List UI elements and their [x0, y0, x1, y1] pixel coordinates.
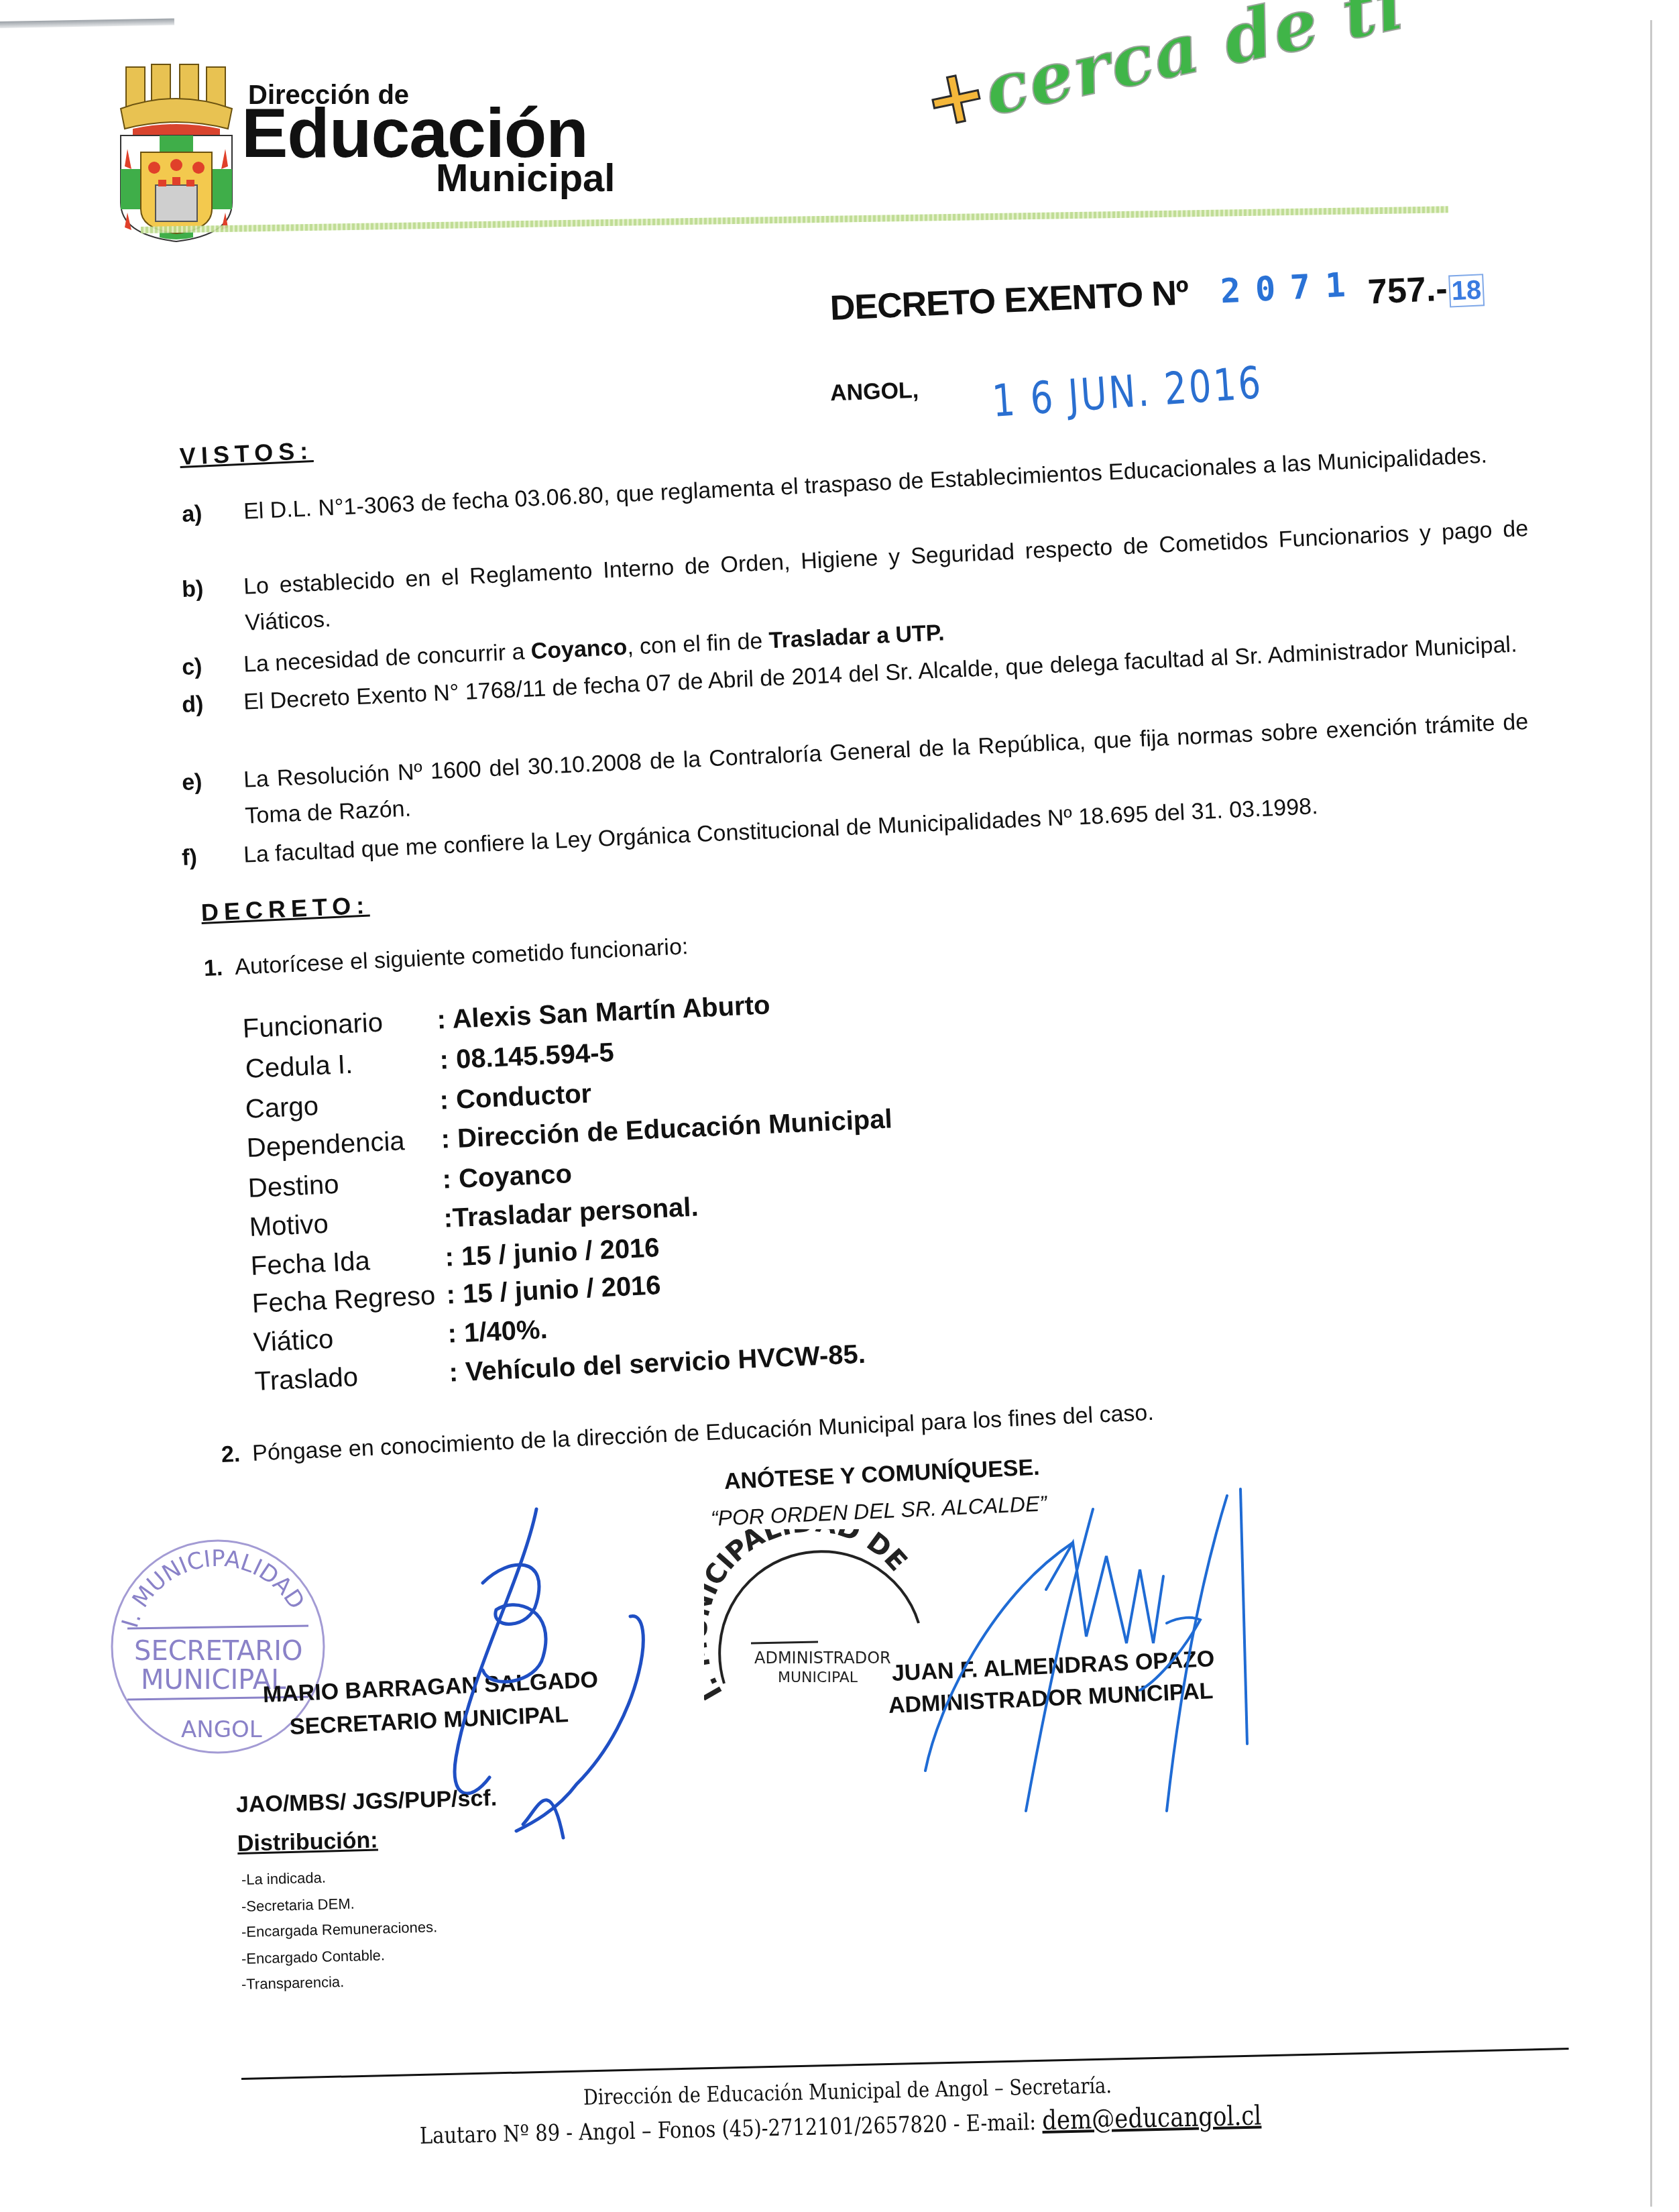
- distribution-item: -Encargado Contable.: [241, 1946, 386, 1968]
- footer-contact: Lautaro Nº 89 - Angol – Fonos (45)-27121…: [419, 2101, 1261, 2150]
- distribution-item: -Encargada Remuneraciones.: [241, 1918, 438, 1941]
- svg-text:MUNICIPAL: MUNICIPAL: [778, 1669, 858, 1686]
- scan-edge: [1650, 20, 1652, 2207]
- date-stamp: 1 6 JUN. 2016: [990, 357, 1264, 427]
- field-funcionario: Funcionario: Alexis San Martín Aburto: [242, 990, 770, 1044]
- stamp-number: 2071: [1220, 265, 1361, 311]
- left-signatory-title: SECRETARIO MUNICIPAL: [289, 1702, 569, 1740]
- brand-line-3: Municipal: [436, 156, 615, 201]
- footer-divider: [241, 2048, 1569, 2080]
- visto-text: El D.L. N°1-3063 de fecha 03.06.80, que …: [243, 435, 1529, 530]
- visto-letter: e): [181, 764, 203, 801]
- field-cedula: Cedula I.: 08.145.594-5: [245, 1038, 615, 1085]
- footer-email-link[interactable]: dem@educangol.cl: [1042, 2101, 1262, 2136]
- field-viatico: Viático: 1/40%.: [253, 1315, 548, 1358]
- vistos-heading: VISTOS:: [179, 437, 314, 471]
- distribution-item: -La indicada.: [241, 1869, 327, 1889]
- distribution-item: -Transparencia.: [241, 1973, 345, 1993]
- distribution-heading: Distribución:: [237, 1828, 378, 1857]
- closing-order: “POR ORDEN DEL SR. ALCALDE”: [710, 1491, 1047, 1531]
- slogan-text: cerca de ti: [978, 0, 1412, 131]
- decree-number: 757.-18: [1367, 267, 1485, 312]
- footer-address: Lautaro Nº 89 - Angol – Fonos (45)-27121…: [420, 2109, 1043, 2150]
- field-destino: Destino: Coyanco: [247, 1159, 573, 1204]
- distribution-item: -Secretaria DEM.: [241, 1895, 355, 1916]
- administrator-seal-icon: I. MUNICIPALIDAD DE A ADMINISTRADOR MUNI…: [704, 1529, 932, 1757]
- header-divider: [141, 206, 1448, 233]
- typed-number: 757.-: [1367, 270, 1448, 312]
- decree-document: Dirección de Educación Municipal +cerca …: [0, 0, 1679, 2212]
- visto-letter: b): [181, 571, 205, 608]
- ink-suffix: 18: [1448, 274, 1485, 307]
- decree-title: DECRETO EXENTO Nº: [829, 273, 1190, 329]
- visto-letter: d): [181, 686, 205, 723]
- decreto-item-1: 1.Autorícese el siguiente cometido funci…: [203, 934, 689, 982]
- svg-text:I. MUNICIPALIDAD: I. MUNICIPALIDAD: [117, 1545, 310, 1631]
- visto-letter: a): [181, 496, 203, 533]
- footer-office: Dirección de Educación Municipal de Ango…: [583, 2072, 1112, 2110]
- slogan: +cerca de ti: [917, 0, 1412, 146]
- visto-item: a) El D.L. N°1-3063 de fecha 03.06.80, q…: [181, 435, 1529, 533]
- item-text: Autorícese el siguiente cometido funcion…: [234, 934, 689, 980]
- svg-text:ADMINISTRADOR: ADMINISTRADOR: [754, 1649, 891, 1667]
- reference-initials: JAO/MBS/ JGS/PUP/scf.: [235, 1785, 497, 1818]
- decreto-heading: DECRETO:: [200, 891, 370, 927]
- visto-letter: f): [181, 839, 198, 876]
- closing-line: ANÓTESE Y COMUNÍQUESE.: [723, 1455, 1040, 1495]
- field-cargo: Cargo: Conductor: [245, 1079, 592, 1125]
- visto-letter: c): [181, 649, 203, 685]
- svg-text:SECRETARIO: SECRETARIO: [134, 1636, 302, 1667]
- scan-edge: [0, 18, 174, 28]
- coat-of-arms-icon: [113, 62, 240, 243]
- item-number: 1.: [203, 955, 223, 981]
- svg-text:ANGOL: ANGOL: [181, 1716, 262, 1743]
- item-number: 2.: [221, 1441, 241, 1468]
- city: ANGOL,: [829, 378, 919, 407]
